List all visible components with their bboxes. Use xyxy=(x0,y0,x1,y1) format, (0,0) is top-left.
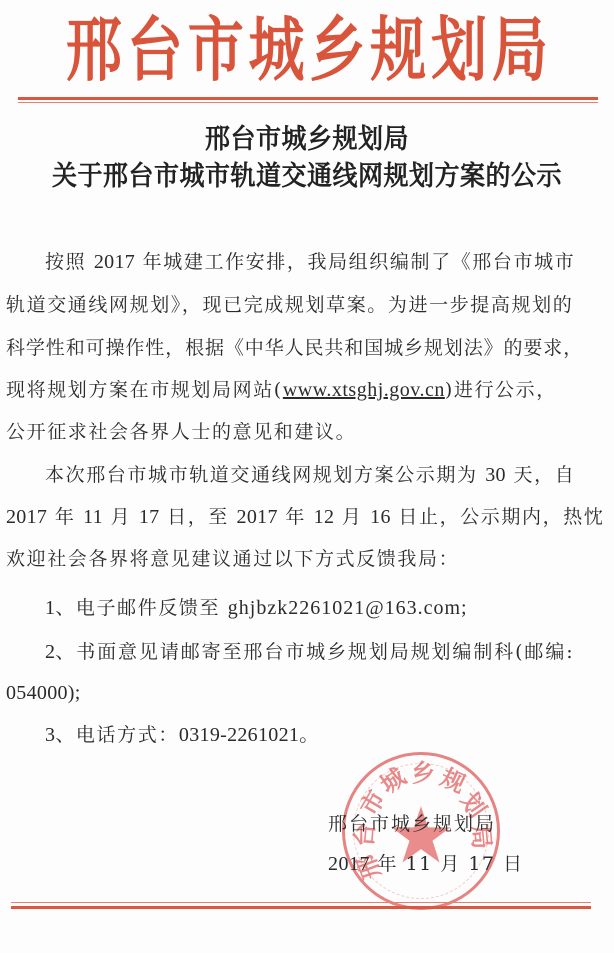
website-link[interactable]: www.xtsghj.gov.cn xyxy=(283,379,445,401)
header-rule-thin xyxy=(18,102,598,103)
doc-title-line2: 关于邢台市城市轨道交通线网规划方案的公示 xyxy=(0,155,614,190)
letterhead-char: 台 xyxy=(125,0,185,100)
letterhead-char: 邢 xyxy=(64,0,124,100)
paragraph-1-line-5: 公开征求社会各界人士的意见和建议。 xyxy=(6,419,356,445)
signature-org: 邢台市城乡规划局 xyxy=(328,809,496,836)
letterhead-char: 城 xyxy=(247,0,307,100)
feedback-item-mail-postcode: 054000); xyxy=(6,680,81,706)
paragraph-1-line-1: 按照 2017 年城建工作安排，我局组织编制了《邢台市城市 xyxy=(45,249,575,275)
paragraph-2-line-3: 欢迎社会各界将意见建议通过以下方式反馈我局： xyxy=(6,546,459,572)
seal-char: 乡 xyxy=(408,758,438,788)
header-rule-thick xyxy=(18,97,598,100)
letterhead-char: 划 xyxy=(429,0,489,100)
paragraph-1-line-4: 现将规划方案在市规划局网站(www.xtsghj.gov.cn)进行公示， xyxy=(6,377,557,403)
paragraph-1-line-3: 科学性和可操作性，根据《中华人民共和国城乡规划法》的要求， xyxy=(6,335,583,361)
feedback-item-email: 1、电子邮件反馈至 ghjbzk2261021@163.com; xyxy=(45,595,468,621)
footer-rule-thick xyxy=(11,906,591,909)
email-address[interactable]: ghjbzk2261021@163.com; xyxy=(228,597,468,619)
letterhead-char: 乡 xyxy=(307,0,367,100)
feedback-item-phone: 3、电话方式：0319-2261021。 xyxy=(45,722,319,748)
paragraph-2-line-2: 2017 年 11 月 17 日，至 2017 年 12 月 16 日止，公示期… xyxy=(6,504,604,530)
letterhead-char: 局 xyxy=(490,0,550,100)
signature-date: 2017 年 11 月 17 日 xyxy=(328,849,524,876)
doc-title-line1: 邢台市城乡规划局 xyxy=(0,118,614,153)
letterhead-title: 邢 台 市 城 乡 规 划 局 xyxy=(64,10,550,90)
feedback-item-mail: 2、书面意见请邮寄至邢台市城乡规划局规划编制科(邮编: xyxy=(45,639,575,665)
paragraph-1-line-2: 轨道交通线网规划》，现已完成规划草案。为进一步提高规划的 xyxy=(6,292,573,318)
letterhead-char: 规 xyxy=(368,0,428,100)
footer-rule-thin xyxy=(11,902,591,903)
paragraph-2-line-1: 本次邢台市城市轨道交通线网规划方案公示期为 30 天，自 xyxy=(45,462,575,488)
letterhead-char: 市 xyxy=(186,0,246,100)
phone-number: 0319-2261021。 xyxy=(179,724,320,746)
